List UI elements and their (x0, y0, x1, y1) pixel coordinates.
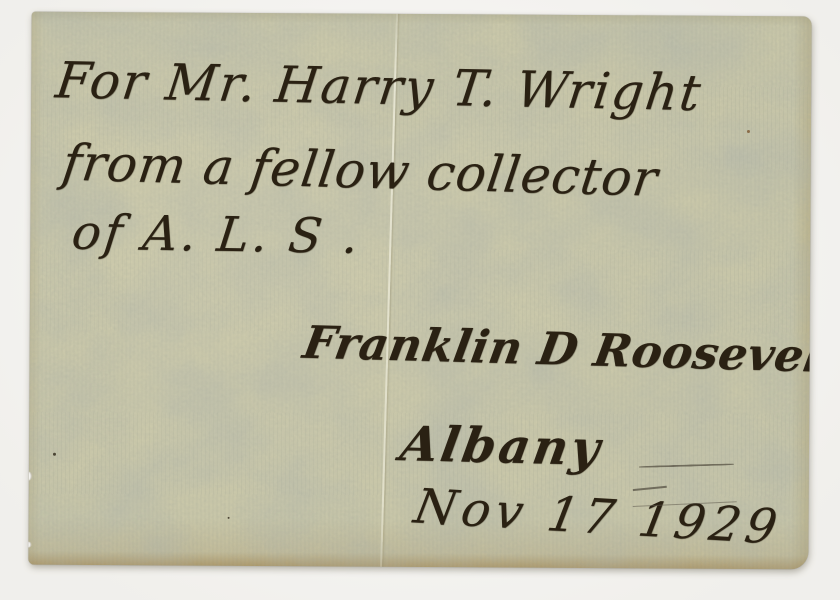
edge-nick (28, 472, 32, 481)
pencil-mark-1 (639, 463, 734, 468)
note-paper: For Mr. Harry T. Wright from a fellow co… (28, 12, 811, 570)
paper-speck (228, 517, 230, 519)
edge-nick (28, 542, 31, 548)
paper-speck (747, 130, 750, 133)
scan-background: For Mr. Harry T. Wright from a fellow co… (0, 0, 840, 600)
pencil-mark-2 (633, 486, 667, 491)
note-line-3: of A. L. S . (69, 209, 364, 261)
paper-speck (53, 453, 56, 456)
date-line: Nov 17 1929 (411, 483, 786, 552)
signature: Franklin D Roosevelt (300, 320, 812, 379)
place-line: Albany (397, 420, 606, 473)
note-line-2: from a fellow collector (60, 138, 662, 204)
note-line-1: For Mr. Harry T. Wright (53, 55, 705, 118)
